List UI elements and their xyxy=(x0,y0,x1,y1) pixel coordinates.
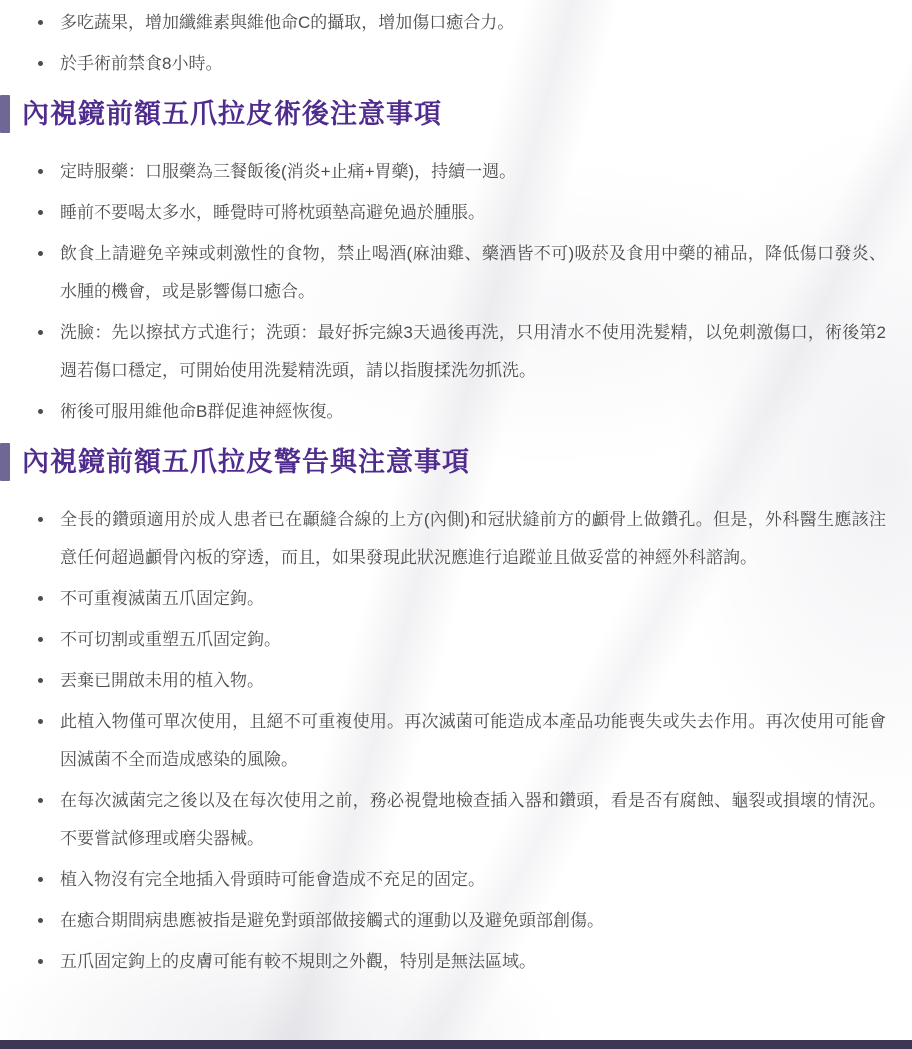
list-item: 在癒合期間病患應被指是避免對頭部做接觸式的運動以及避免頭部創傷。 xyxy=(60,902,886,940)
postop-care-list: 定時服藥：口服藥為三餐飯後(消炎+止痛+胃藥)，持續一週。 睡前不要喝太多水，睡… xyxy=(0,149,912,431)
list-item: 定時服藥：口服藥為三餐飯後(消炎+止痛+胃藥)，持續一週。 xyxy=(60,153,886,191)
list-item: 飲食上請避免辛辣或刺激性的食物，禁止喝酒(麻油雞、藥酒皆不可)吸菸及食用中藥的補… xyxy=(60,235,886,311)
list-item: 不可重複滅菌五爪固定鉤。 xyxy=(60,580,886,618)
list-item: 五爪固定鉤上的皮膚可能有較不規則之外觀，特別是無法區域。 xyxy=(60,943,886,981)
heading-accent-bar xyxy=(0,95,10,133)
warnings-list: 全長的鑽頭適用於成人患者已在顳縫合線的上方(內側)和冠狀縫前方的顱骨上做鑽孔。但… xyxy=(0,497,912,981)
list-item: 植入物沒有完全地插入骨頭時可能會造成不充足的固定。 xyxy=(60,861,886,899)
article-content: 多吃蔬果，增加纖維素與維他命C的攝取，增加傷口癒合力。 於手術前禁食8小時。 內… xyxy=(0,0,912,981)
list-item: 洗臉：先以擦拭方式進行；洗頭：最好拆完線3天過後再洗，只用清水不使用洗髮精，以免… xyxy=(60,314,886,390)
heading-accent-bar xyxy=(0,443,10,481)
list-item: 此植入物僅可單次使用，且絕不可重複使用。再次滅菌可能造成本產品功能喪失或失去作用… xyxy=(60,703,886,779)
list-item: 於手術前禁食8小時。 xyxy=(60,45,886,83)
section-title: 內視鏡前額五爪拉皮術後注意事項 xyxy=(22,95,442,133)
list-item: 術後可服用維他命B群促進神經恢復。 xyxy=(60,393,886,431)
section-title: 內視鏡前額五爪拉皮警告與注意事項 xyxy=(22,443,470,481)
list-item: 全長的鑽頭適用於成人患者已在顳縫合線的上方(內側)和冠狀縫前方的顱骨上做鑽孔。但… xyxy=(60,501,886,577)
list-item: 不可切割或重塑五爪固定鉤。 xyxy=(60,621,886,659)
list-item: 睡前不要喝太多水，睡覺時可將枕頭墊高避免過於腫脹。 xyxy=(60,194,886,232)
footer-bar xyxy=(0,1040,912,1049)
section-heading-warnings: 內視鏡前額五爪拉皮警告與注意事項 xyxy=(0,443,912,481)
section-heading-postop: 內視鏡前額五爪拉皮術後注意事項 xyxy=(0,95,912,133)
list-item: 在每次滅菌完之後以及在每次使用之前，務必視覺地檢查插入器和鑽頭，看是否有腐蝕、龜… xyxy=(60,782,886,858)
list-item: 丟棄已開啟未用的植入物。 xyxy=(60,662,886,700)
intro-list: 多吃蔬果，增加纖維素與維他命C的攝取，增加傷口癒合力。 於手術前禁食8小時。 xyxy=(0,0,912,83)
list-item: 多吃蔬果，增加纖維素與維他命C的攝取，增加傷口癒合力。 xyxy=(60,4,886,42)
